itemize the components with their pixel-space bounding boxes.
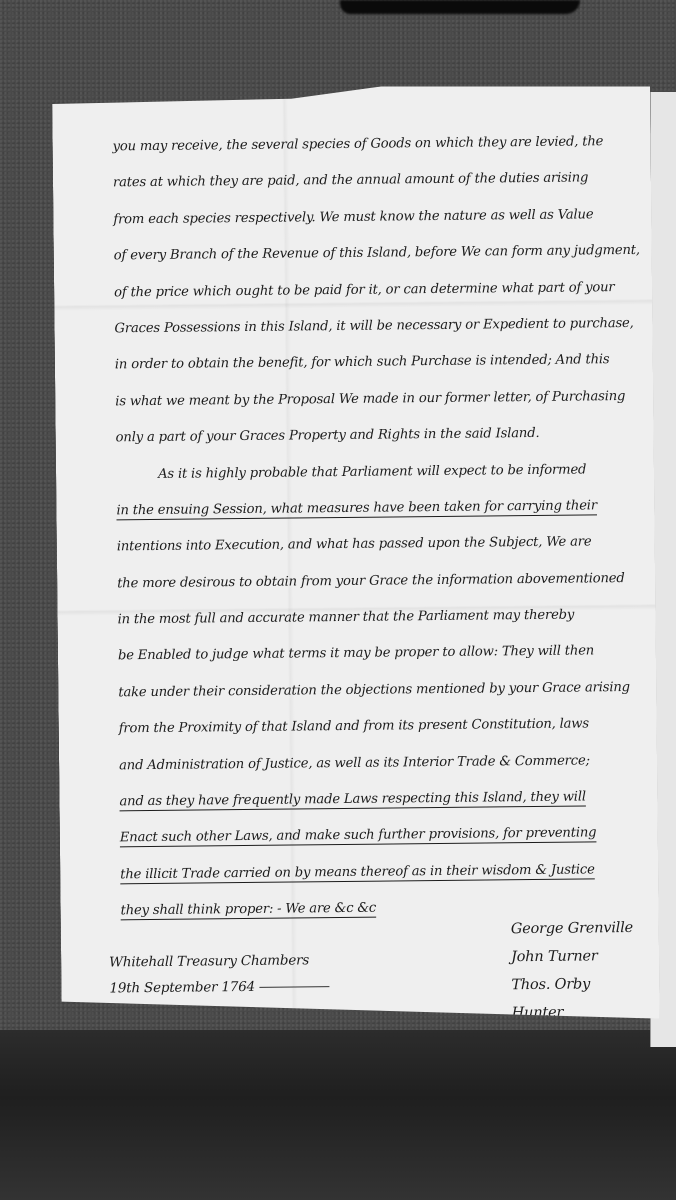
letter-line: is what we meant by the Proposal We made… <box>115 379 635 421</box>
signature-hunter: Thos. Orby Hunter <box>511 970 642 1027</box>
letter-line: from each species respectively. We must … <box>113 197 633 239</box>
letter-line: be Enabled to judge what terms it may be… <box>118 633 638 675</box>
place-line: Whitehall Treasury Chambers <box>109 947 329 975</box>
letter-line: rates at which they are paid, and the an… <box>113 160 633 202</box>
letter-line: from the Proximity of that Island and fr… <box>119 706 639 748</box>
date-line: 19th September 1764 <box>109 973 329 1001</box>
letter-line: in the most full and accurate manner tha… <box>117 597 637 639</box>
letter-page: you may receive, the several species of … <box>52 84 660 1025</box>
letter-line: the more desirous to obtain from your Gr… <box>117 561 637 603</box>
letter-line: you may receive, the several species of … <box>112 124 632 166</box>
letter-line: As it is highly probable that Parliament… <box>116 451 636 493</box>
background-cloth <box>0 1030 676 1200</box>
letter-line: take under their consideration the objec… <box>118 670 638 712</box>
signature-grenville: George Grenville <box>511 914 641 943</box>
letter-line: intentions into Execution, and what has … <box>117 524 637 566</box>
letter-line: of the price which ought to be paid for … <box>114 269 634 311</box>
letter-line: and as they have frequently made Laws re… <box>119 779 639 821</box>
background-shadow <box>340 0 580 14</box>
date-text: 19th September 1764 <box>109 979 255 997</box>
letter-line: the illicit Trade carried on by means th… <box>120 852 640 894</box>
letter-line: of every Branch of the Revenue of this I… <box>114 233 634 275</box>
signature-turner: John Turner <box>511 942 641 971</box>
letter-line: in order to obtain the benefit, for whic… <box>115 342 635 384</box>
letter-line: Enact such other Laws, and make such fur… <box>120 815 640 857</box>
letter-line: Graces Possessions in this Island, it wi… <box>114 306 634 348</box>
letter-body: you may receive, the several species of … <box>112 124 640 930</box>
letter-line: only a part of your Graces Property and … <box>115 415 635 457</box>
letter-line: and Administration of Justice, as well a… <box>119 743 639 785</box>
place-and-date: Whitehall Treasury Chambers 19th Septemb… <box>109 947 329 1001</box>
date-flourish <box>259 986 329 988</box>
letter-line: in the ensuing Session, what measures ha… <box>116 488 636 530</box>
